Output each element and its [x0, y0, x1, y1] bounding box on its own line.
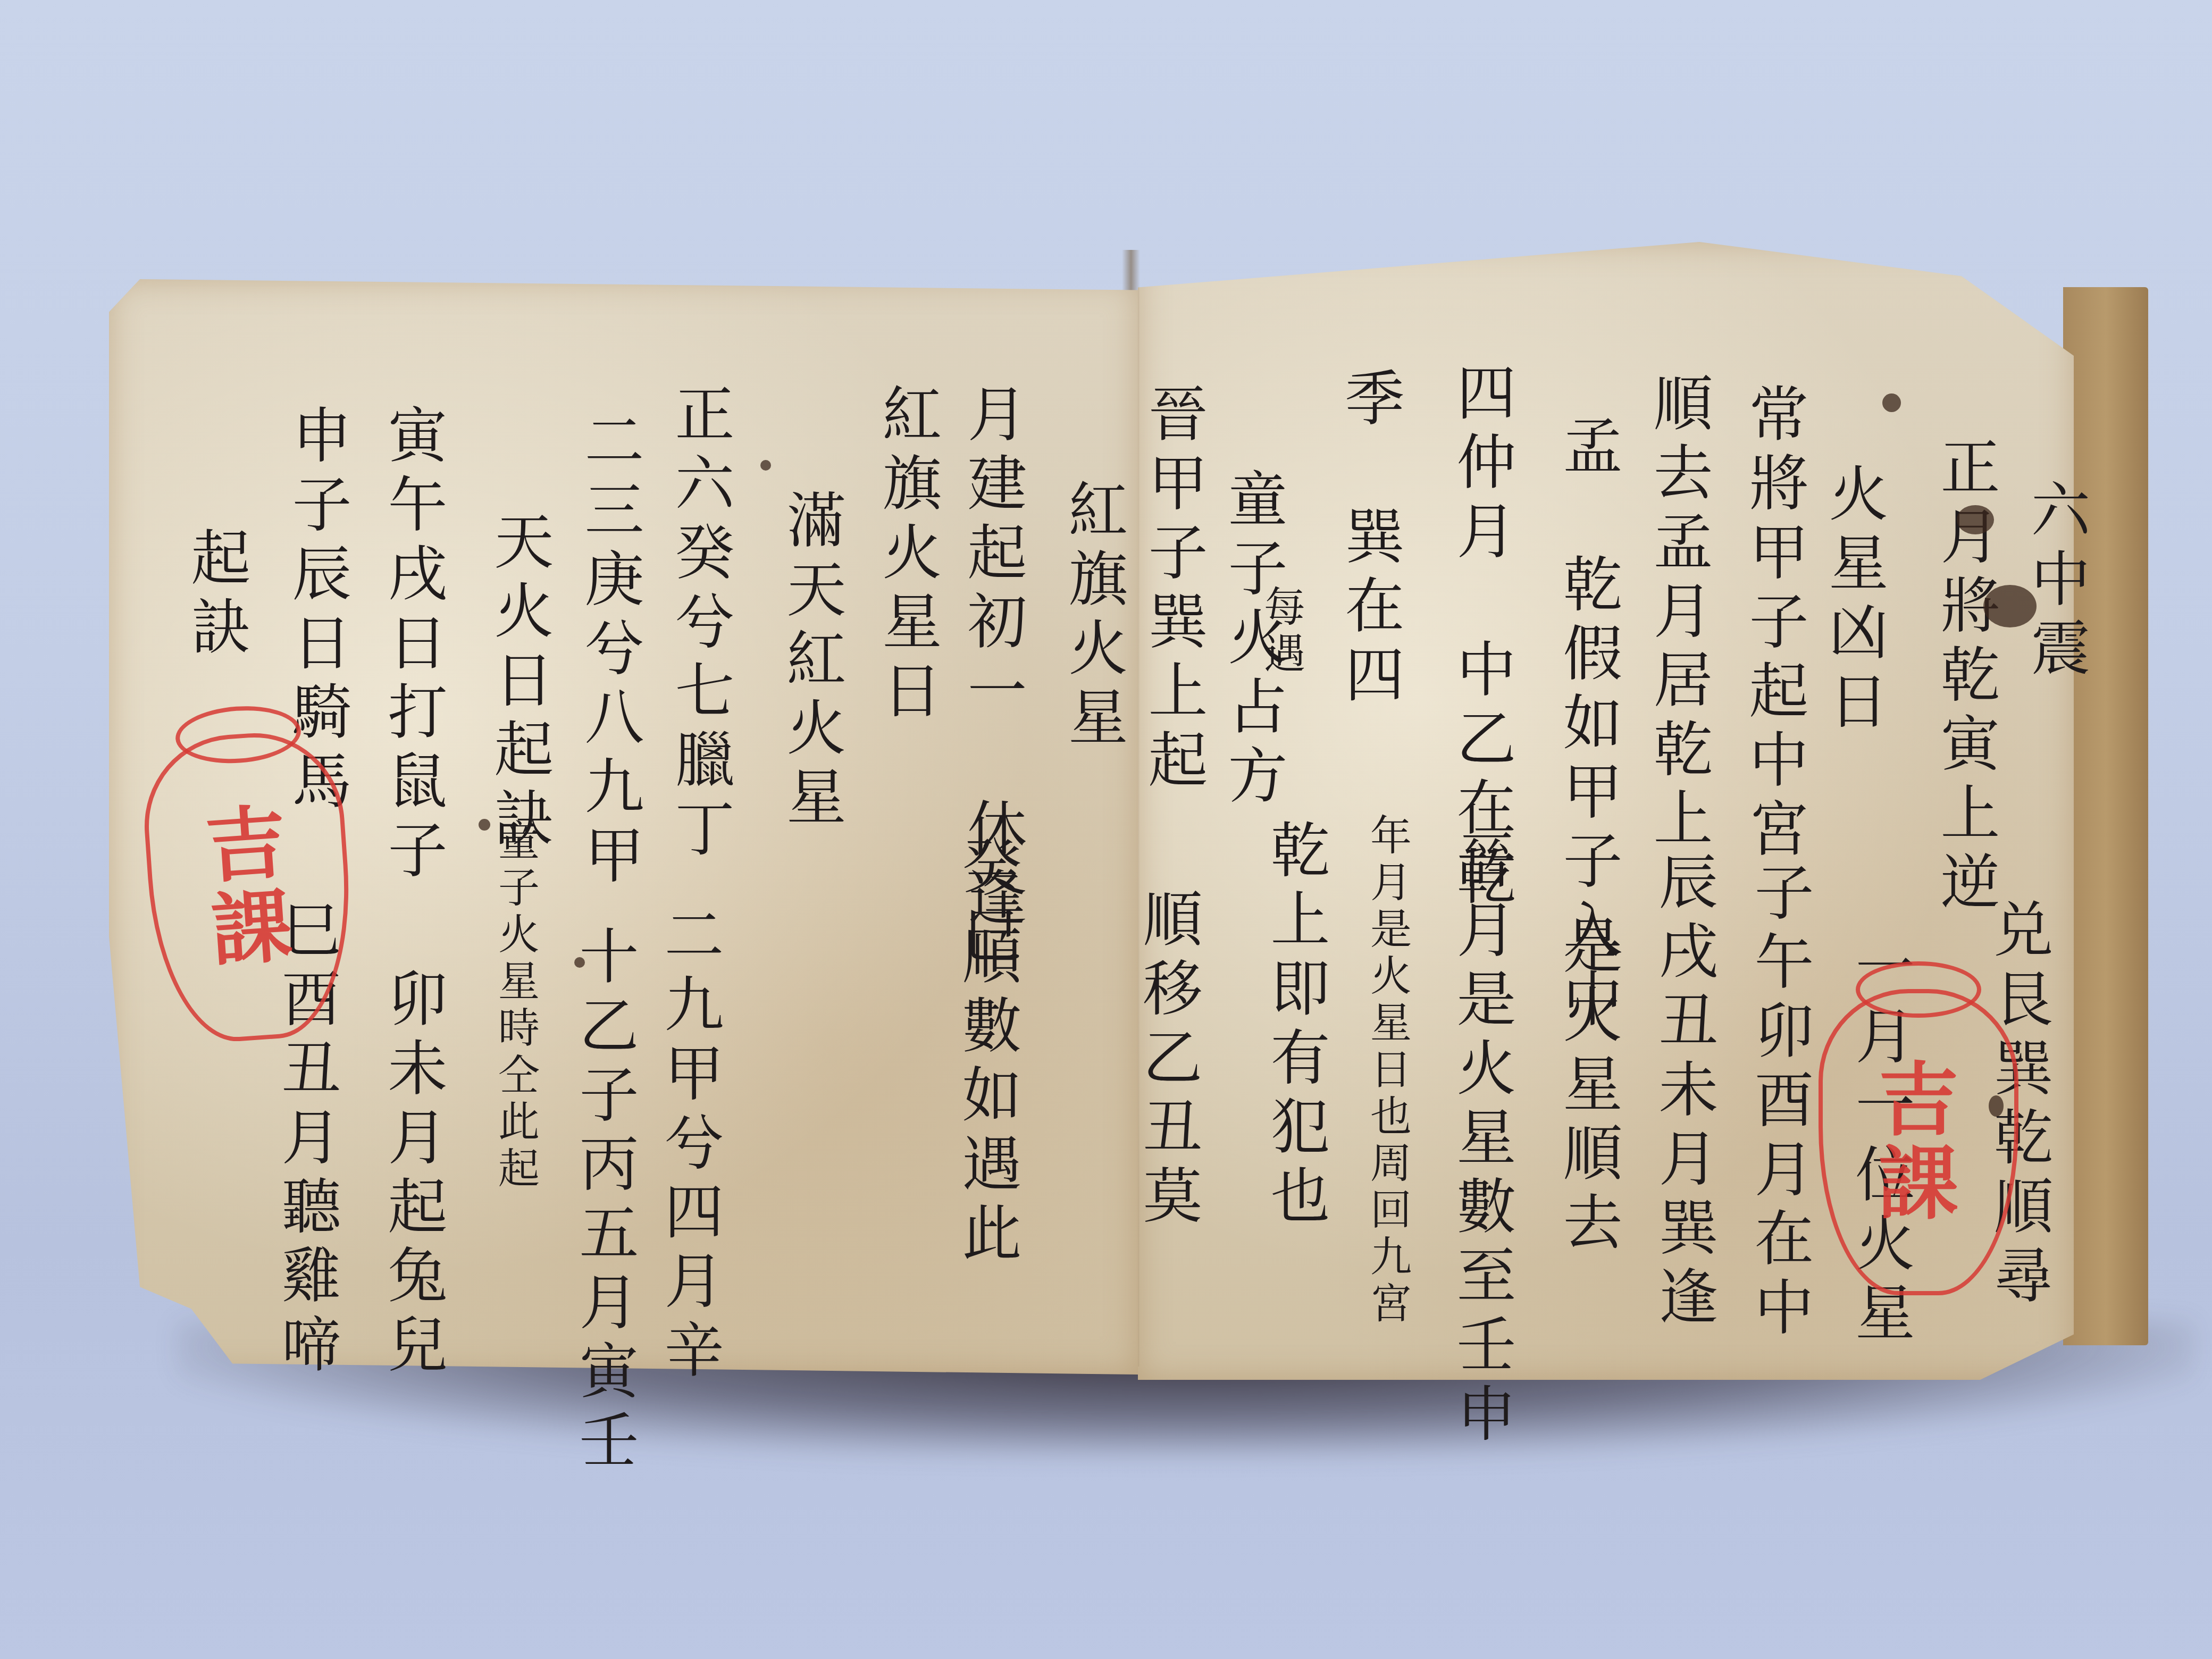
text-column: 順移乙丑莫 — [1138, 888, 1197, 1234]
manuscript-book: 兑艮巽乾順尋 正月將乾寅上逆 六中震 火星凶日 一月一位火星 常將甲子起中宮 子… — [0, 0, 2212, 1659]
text-column: 年月是火星日也周回九宮 — [1367, 814, 1408, 1328]
text-column: 乾上即有犯也 — [1266, 819, 1325, 1234]
text-column: 卯未月起兔兒 — [383, 968, 442, 1382]
seal-char: 課 — [1879, 1142, 1958, 1226]
text-column: 天火日起訣 — [489, 510, 549, 856]
text-column: 正六癸兮七臘丁 — [670, 383, 730, 867]
text-column: 滿天紅火星 — [782, 489, 841, 835]
text-column: 二九甲兮四月辛 — [659, 904, 719, 1388]
text-column: 順數如遇此 — [957, 925, 1017, 1271]
text-column: 二三庚兮八九甲 — [580, 409, 639, 893]
text-column: 十乙子丙五月寅壬 — [574, 925, 634, 1478]
wormhole — [479, 819, 490, 831]
red-seal-right: 吉 課 — [1819, 989, 2018, 1295]
text-column: 順去孟月居乾上 — [1648, 372, 1708, 856]
text-column: 子午卯酉月在中 — [1749, 861, 1809, 1345]
text-column: 紅旗火星 — [1063, 479, 1123, 755]
ink-stain — [1957, 505, 1994, 534]
text-column: 辰戌丑未月巽逢 — [1654, 851, 1713, 1335]
seal-char: 吉 — [203, 801, 289, 890]
wormhole — [1882, 393, 1901, 412]
text-column: 童子火星時仝此起 — [495, 819, 536, 1193]
seal-char: 課 — [209, 884, 295, 974]
wormhole — [760, 460, 771, 471]
book-edge — [2063, 287, 2148, 1345]
text-column: 童子火占方 — [1223, 468, 1283, 814]
text-column: 晉月是火星數至壬申 — [1452, 829, 1511, 1452]
text-column: 起訣 — [186, 526, 246, 665]
text-column: 火星凶日 — [1824, 463, 1883, 739]
text-column: 是火星順去 — [1558, 915, 1618, 1260]
wormhole — [574, 957, 585, 968]
text-column: 季 巽在四 — [1340, 367, 1400, 713]
text-column: 寅午戌日打鼠子 — [383, 404, 442, 888]
text-column: 六中震 — [2026, 479, 2085, 686]
ink-stain — [1983, 585, 2037, 627]
text-column: 常將甲子起中宮 — [1744, 383, 1804, 867]
text-column: 紅旗火星日 — [877, 383, 937, 728]
wormhole — [1989, 1095, 2004, 1117]
seal-char: 吉 — [1879, 1059, 1958, 1143]
text-column: 晉甲子巽上起 — [1143, 383, 1203, 798]
